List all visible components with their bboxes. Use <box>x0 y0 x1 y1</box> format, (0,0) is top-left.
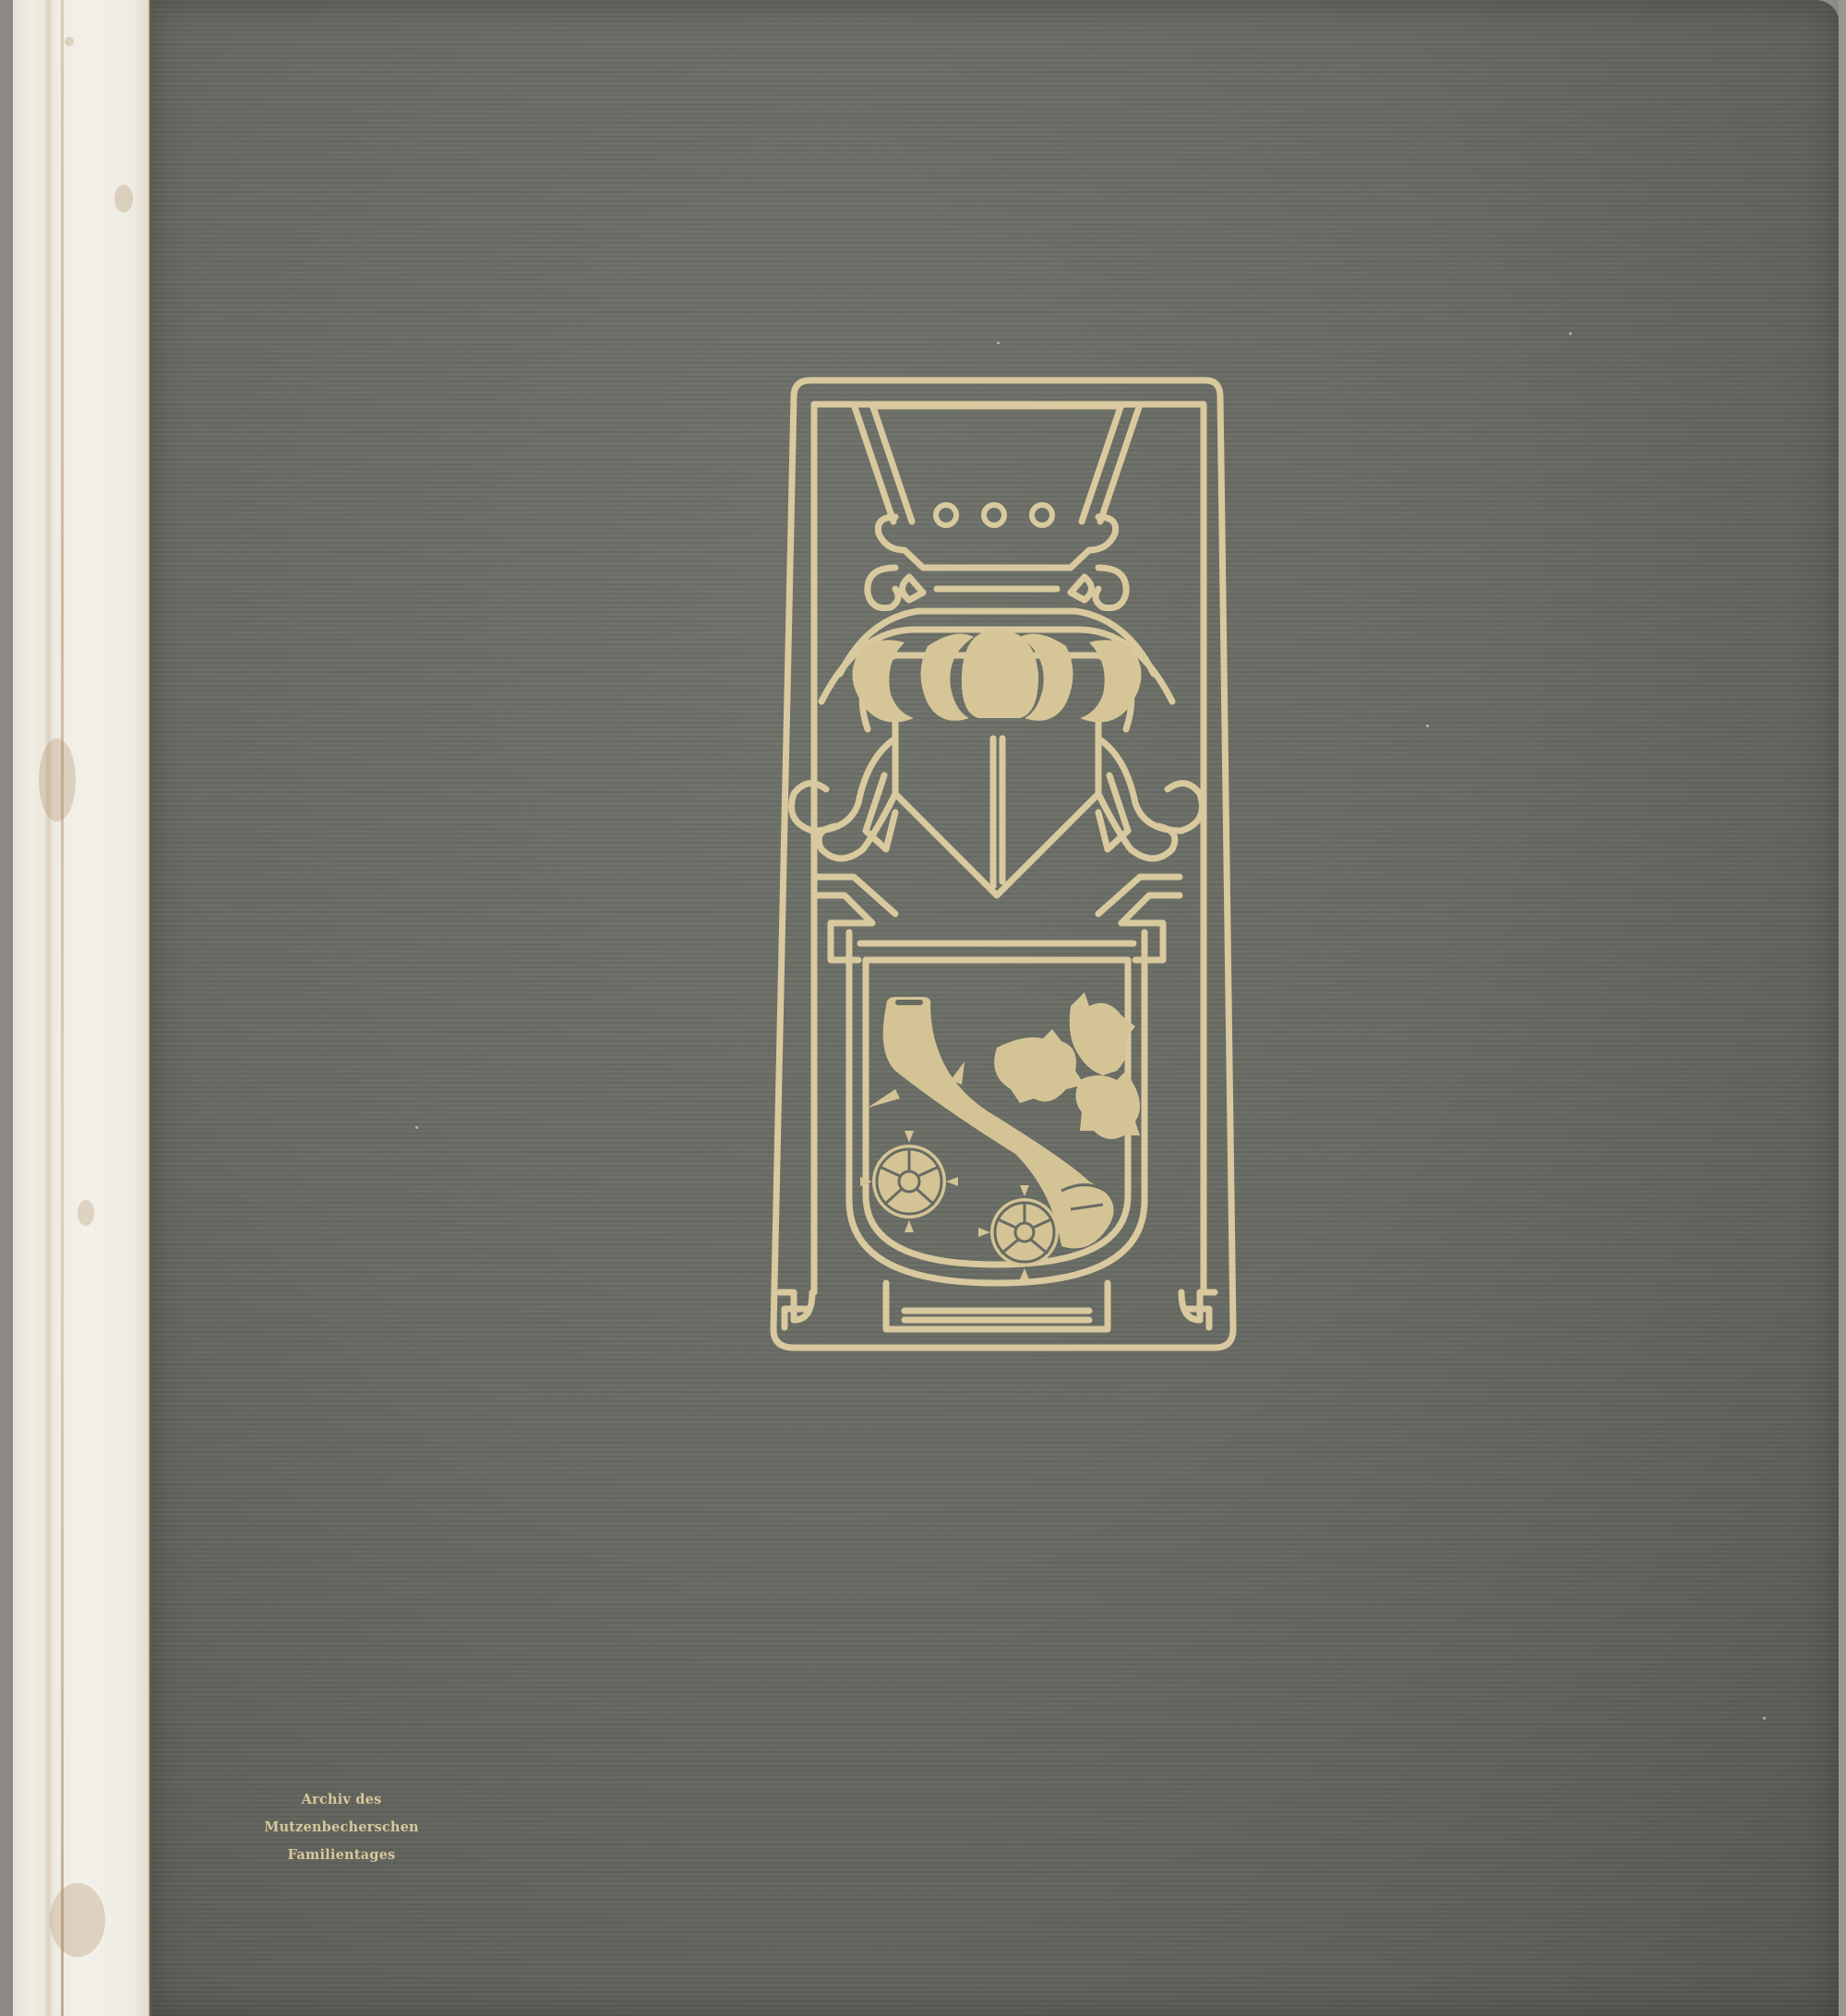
background-left <box>0 0 13 2016</box>
cover-edge <box>150 0 152 2016</box>
label-line-2: Mutzenbecherschen <box>231 1814 452 1842</box>
background-right <box>1839 0 1846 2016</box>
spine-stain <box>65 37 74 46</box>
label-line-1: Archiv des <box>231 1786 452 1814</box>
coat-of-arms-emblem <box>757 369 1237 1366</box>
fleck <box>1426 725 1429 727</box>
book-spine <box>13 0 150 2016</box>
fleck <box>997 342 1000 344</box>
fleck <box>415 1126 418 1129</box>
cover-label: Archiv des Mutzenbecherschen Familientag… <box>231 1786 452 1869</box>
spine-stain <box>114 185 133 212</box>
coat-of-arms-icon <box>757 369 1237 1366</box>
spine-stain <box>50 1883 105 1957</box>
fleck <box>1569 332 1572 335</box>
spine-stain <box>39 738 76 822</box>
spine-crease <box>61 0 64 2016</box>
label-line-3: Familientages <box>231 1842 452 1869</box>
fleck <box>1763 1717 1766 1720</box>
spine-stain <box>78 1200 94 1226</box>
